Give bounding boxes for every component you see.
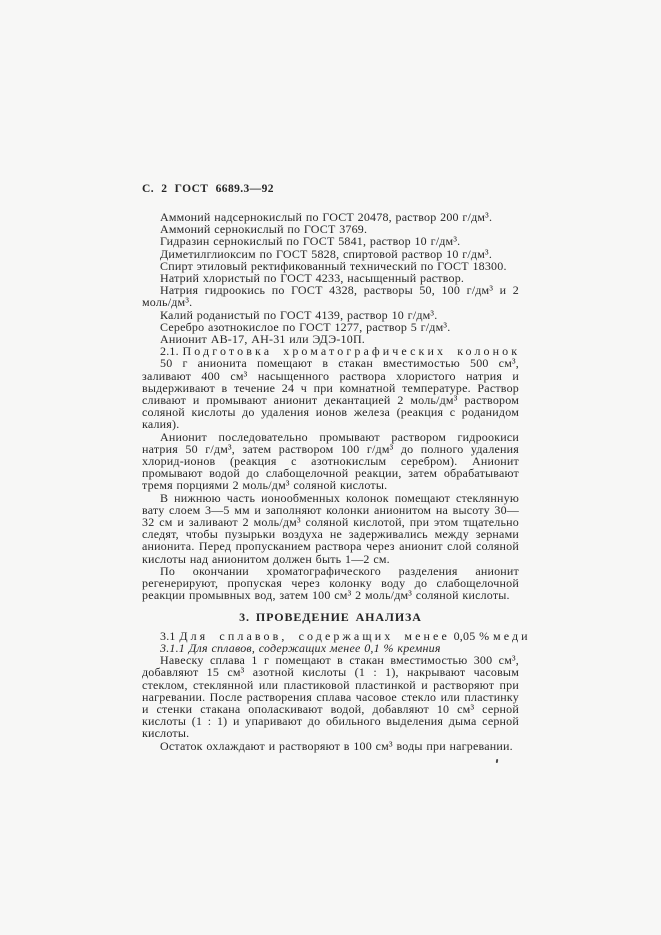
reagent-line: Диметилглиоксим по ГОСТ 5828, спиртовой … bbox=[142, 248, 519, 260]
paragraph: Анионит последовательно промывают раство… bbox=[142, 431, 519, 492]
paragraph: 50 г анионита помещают в стакан вместимо… bbox=[142, 357, 519, 430]
clause-value: 0,05 % bbox=[454, 629, 490, 643]
clause-text: меди bbox=[493, 629, 531, 643]
section-3-heading: 3. ПРОВЕДЕНИЕ АНАЛИЗА bbox=[142, 611, 519, 623]
text-column: С. 2 ГОСТ 6689.3—92 Аммоний надсернокисл… bbox=[142, 183, 519, 752]
page-header: С. 2 ГОСТ 6689.3—92 bbox=[142, 183, 519, 195]
reagent-line: Натрия гидроокись по ГОСТ 4328, растворы… bbox=[142, 284, 519, 308]
reagent-line: Гидразин сернокислый по ГОСТ 5841, раств… bbox=[142, 235, 519, 247]
reagent-line: Калий роданистый по ГОСТ 4139, раствор 1… bbox=[142, 309, 519, 321]
paragraph: Навеску сплава 1 г помещают в стакан вме… bbox=[142, 654, 519, 739]
scan-artifact-speck bbox=[496, 759, 499, 763]
paragraph: Остаток охлаждают и растворяют в 100 см³… bbox=[142, 740, 519, 752]
paragraph: В нижнюю часть ионообменных колонок поме… bbox=[142, 492, 519, 565]
scanned-document-page: С. 2 ГОСТ 6689.3—92 Аммоний надсернокисл… bbox=[0, 0, 661, 935]
paragraph: По окончании хроматографического разделе… bbox=[142, 565, 519, 602]
